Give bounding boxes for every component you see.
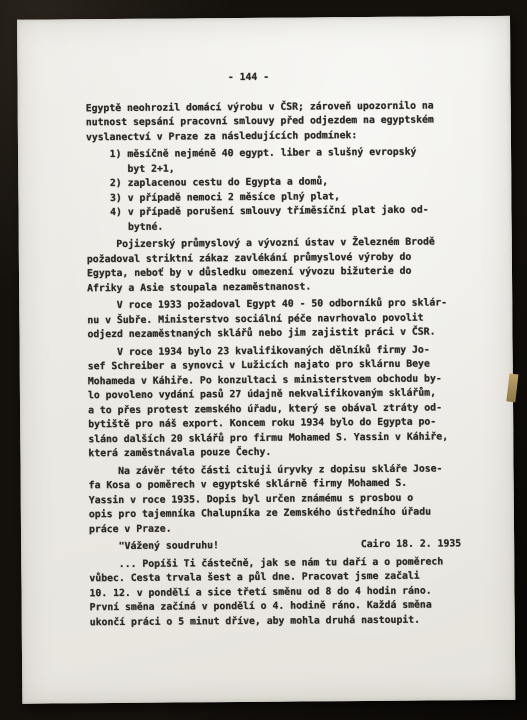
letter-body: ... Popíši Ti částečně, jak se nám tu da… <box>89 555 462 630</box>
paragraph-rok-1933: V roce 1933 požadoval Egypt 40 - 50 odbo… <box>87 296 459 342</box>
paragraph-letter-intro: Na závěr této části cituji úryvky z dopi… <box>88 462 461 537</box>
letter-heading: "Vážený soudruhu!Cairo 18. 2. 1935 <box>89 537 461 554</box>
paragraph-rok-1934: V roce 1934 bylo 23 kvalifikovaných děln… <box>88 343 461 462</box>
scan-background: - 144 - Egyptě neohrozil domácí výrobu v… <box>0 0 527 720</box>
letter-salutation: "Vážený soudruhu! <box>89 539 219 555</box>
page-number: - 144 - <box>85 69 457 86</box>
paragraph-pojizersky-ustav: Pojizerský průmyslový a vývozní ústav v … <box>87 235 459 296</box>
document-text-block: - 144 - Egyptě neohrozil domácí výrobu v… <box>85 69 461 630</box>
paragraph-visa-conditions: Egyptě neohrozil domácí výrobu v ČSR; zá… <box>86 99 458 145</box>
letter-dateline: Cairo 18. 2. 1935 <box>361 537 461 552</box>
document-body: Egyptě neohrozil domácí výrobu v ČSR; zá… <box>86 99 462 630</box>
document-page: - 144 - Egyptě neohrozil domácí výrobu v… <box>17 16 515 704</box>
paper-edge-tab <box>506 373 518 402</box>
list-contract-conditions: 1) měsíčně nejméně 40 egypt. liber a slu… <box>86 145 459 235</box>
